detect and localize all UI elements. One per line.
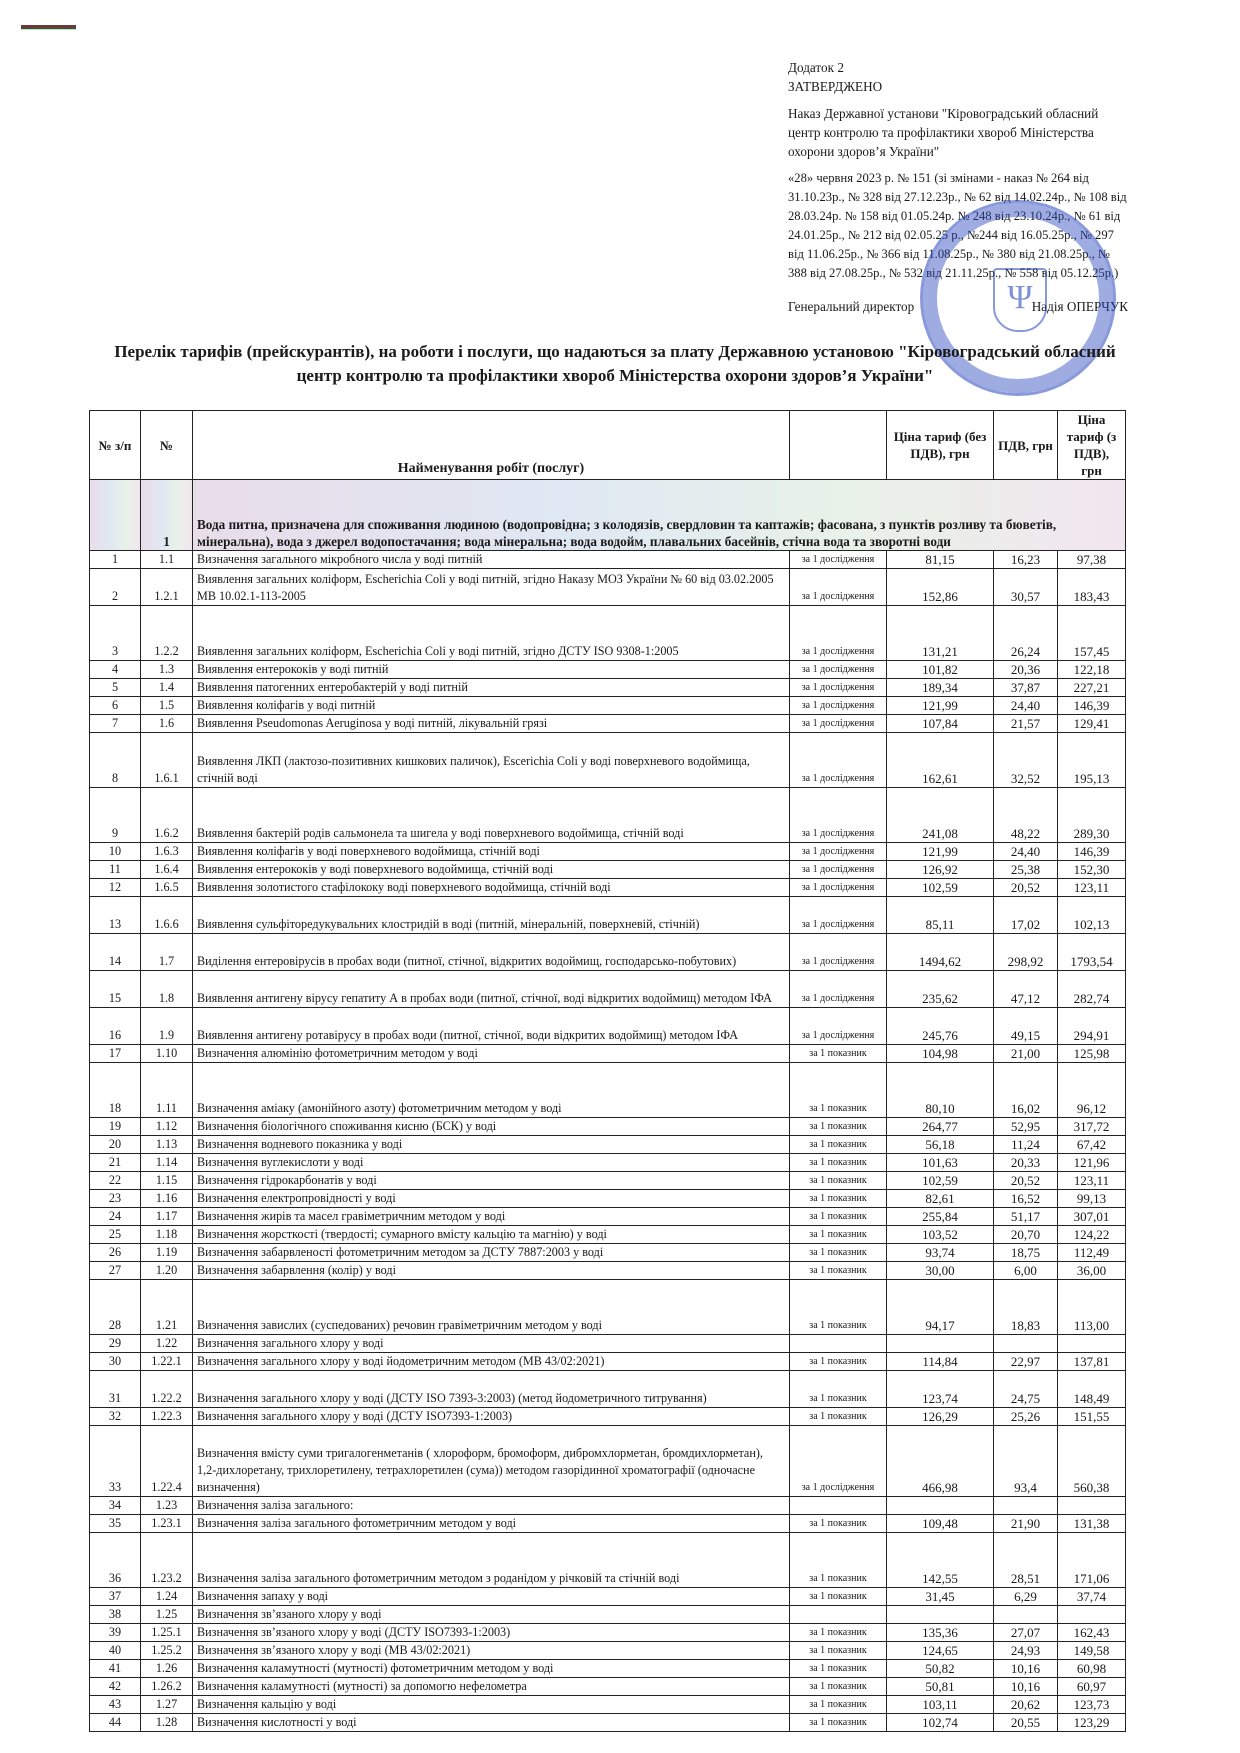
- row-seq: 29: [90, 1335, 141, 1353]
- row-price-no-vat: 102,74: [887, 1714, 994, 1732]
- row-unit: за 1 показник: [790, 1353, 887, 1371]
- table-row: 181.11Визначення аміаку (амонійного азот…: [90, 1063, 1126, 1118]
- table-row: 151.8Виявлення антигену вірусу гепатиту …: [90, 971, 1126, 1008]
- row-num: 1.15: [141, 1172, 193, 1190]
- row-seq: 40: [90, 1642, 141, 1660]
- row-price-vat: [1058, 1606, 1126, 1624]
- row-price-vat: 96,12: [1058, 1063, 1126, 1118]
- row-vat: 18,83: [994, 1280, 1058, 1335]
- header-price-vat: Ціна тариф (з ПДВ), грн: [1058, 411, 1126, 480]
- appendix-label: Додаток 2: [788, 58, 1128, 77]
- table-row: 31.2.2Виявлення загальних коліформ, Esch…: [90, 606, 1126, 661]
- table-row: 131.6.6Виявлення сульфіторедукувальних к…: [90, 897, 1126, 934]
- row-price-no-vat: 56,18: [887, 1136, 994, 1154]
- table-row: 91.6.2Виявлення бактерій родів сальмонел…: [90, 788, 1126, 843]
- row-seq: 24: [90, 1208, 141, 1226]
- row-name: Визначення біологічного споживання кисню…: [193, 1118, 790, 1136]
- row-unit: за 1 показник: [790, 1714, 887, 1732]
- row-price-no-vat: 131,21: [887, 606, 994, 661]
- header-num: №: [141, 411, 193, 480]
- row-price-no-vat: 121,99: [887, 697, 994, 715]
- header-vat: ПДВ, грн: [994, 411, 1058, 480]
- table-row: 421.26.2Визначення каламутності (мутност…: [90, 1678, 1126, 1696]
- row-price-vat: 148,49: [1058, 1371, 1126, 1408]
- row-unit: за 1 показник: [790, 1208, 887, 1226]
- row-price-vat: 125,98: [1058, 1045, 1126, 1063]
- row-name: Визначення загального хлору у воді йодом…: [193, 1353, 790, 1371]
- row-name: Виявлення загальних коліформ, Escherichi…: [193, 606, 790, 661]
- row-unit: за 1 показник: [790, 1624, 887, 1642]
- table-row: 351.23.1Визначення заліза загального фот…: [90, 1515, 1126, 1533]
- row-seq: 42: [90, 1678, 141, 1696]
- row-seq: 41: [90, 1660, 141, 1678]
- row-price-vat: 146,39: [1058, 697, 1126, 715]
- row-seq: 26: [90, 1244, 141, 1262]
- row-num: 1.10: [141, 1045, 193, 1063]
- row-price-no-vat: 82,61: [887, 1190, 994, 1208]
- row-price-no-vat: [887, 1497, 994, 1515]
- row-seq: 11: [90, 861, 141, 879]
- row-price-vat: 60,98: [1058, 1660, 1126, 1678]
- row-name: Визначення каламутності (мутності) за до…: [193, 1678, 790, 1696]
- row-name: Виявлення Pseudomonas Aeruginosa у воді …: [193, 715, 790, 733]
- row-price-no-vat: 93,74: [887, 1244, 994, 1262]
- row-seq: 21: [90, 1154, 141, 1172]
- row-price-vat: 183,43: [1058, 569, 1126, 606]
- row-price-vat: 131,38: [1058, 1515, 1126, 1533]
- table-row: 261.19Визначення забарвленості фотометри…: [90, 1244, 1126, 1262]
- row-price-vat: 1793,54: [1058, 934, 1126, 971]
- row-price-vat: 157,45: [1058, 606, 1126, 661]
- row-vat: 51,17: [994, 1208, 1058, 1226]
- row-price-no-vat: 124,65: [887, 1642, 994, 1660]
- row-num: 1.25: [141, 1606, 193, 1624]
- row-seq: 19: [90, 1118, 141, 1136]
- row-price-vat: 36,00: [1058, 1262, 1126, 1280]
- row-seq: 15: [90, 971, 141, 1008]
- row-price-vat: 123,29: [1058, 1714, 1126, 1732]
- table-row: 231.16Визначення електропровідності у во…: [90, 1190, 1126, 1208]
- row-seq: 30: [90, 1353, 141, 1371]
- row-vat: 16,52: [994, 1190, 1058, 1208]
- row-name: Визначення завислих (суспедованих) речов…: [193, 1280, 790, 1335]
- row-price-no-vat: 102,59: [887, 879, 994, 897]
- section-num: 1: [141, 480, 193, 551]
- row-price-vat: [1058, 1497, 1126, 1515]
- row-unit: за 1 показник: [790, 1190, 887, 1208]
- table-row: 371.24Визначення запаху у водіза 1 показ…: [90, 1588, 1126, 1606]
- row-seq: 32: [90, 1408, 141, 1426]
- row-price-vat: 317,72: [1058, 1118, 1126, 1136]
- table-row: 241.17Визначення жирів та масел гравімет…: [90, 1208, 1126, 1226]
- row-vat: 298,92: [994, 934, 1058, 971]
- row-vat: [994, 1335, 1058, 1353]
- row-unit: за 1 показник: [790, 1280, 887, 1335]
- row-unit: за 1 дослідження: [790, 715, 887, 733]
- row-name: Виділення ентеровірусів в пробах води (п…: [193, 934, 790, 971]
- row-num: 1.6.1: [141, 733, 193, 788]
- row-price-vat: 195,13: [1058, 733, 1126, 788]
- row-num: 1.22: [141, 1335, 193, 1353]
- row-unit: за 1 дослідження: [790, 879, 887, 897]
- row-vat: 30,57: [994, 569, 1058, 606]
- row-vat: 20,52: [994, 879, 1058, 897]
- row-price-vat: 171,06: [1058, 1533, 1126, 1588]
- row-seq: 8: [90, 733, 141, 788]
- row-price-no-vat: 109,48: [887, 1515, 994, 1533]
- row-num: 1.6.6: [141, 897, 193, 934]
- row-vat: [994, 1497, 1058, 1515]
- row-vat: 93,4: [994, 1426, 1058, 1497]
- row-name: Визначення загального хлору у воді (ДСТУ…: [193, 1408, 790, 1426]
- row-vat: 52,95: [994, 1118, 1058, 1136]
- row-price-no-vat: 189,34: [887, 679, 994, 697]
- row-unit: за 1 показник: [790, 1136, 887, 1154]
- row-price-no-vat: 103,52: [887, 1226, 994, 1244]
- row-price-vat: 151,55: [1058, 1408, 1126, 1426]
- row-vat: 11,24: [994, 1136, 1058, 1154]
- row-seq: 13: [90, 897, 141, 934]
- row-name: Визначення гідрокарбонатів у воді: [193, 1172, 790, 1190]
- row-unit: за 1 показник: [790, 1172, 887, 1190]
- row-price-vat: 121,96: [1058, 1154, 1126, 1172]
- row-num: 1.22.4: [141, 1426, 193, 1497]
- row-unit: за 1 дослідження: [790, 861, 887, 879]
- row-name: Визначення загального мікробного числа у…: [193, 551, 790, 569]
- row-price-vat: 37,74: [1058, 1588, 1126, 1606]
- row-price-no-vat: 264,77: [887, 1118, 994, 1136]
- row-unit: за 1 показник: [790, 1262, 887, 1280]
- row-price-no-vat: 1494,62: [887, 934, 994, 971]
- row-name: Виявлення ентерококів у воді питній: [193, 661, 790, 679]
- row-name: Визначення забарвленості фотометричним м…: [193, 1244, 790, 1262]
- row-price-no-vat: 101,82: [887, 661, 994, 679]
- row-num: 1.3: [141, 661, 193, 679]
- table-row: 21.2.1Виявлення загальних коліформ, Esch…: [90, 569, 1126, 606]
- table-row: 81.6.1Виявлення ЛКП (лактозо-позитивних …: [90, 733, 1126, 788]
- table-row: 321.22.3Визначення загального хлору у во…: [90, 1408, 1126, 1426]
- row-name: Визначення аміаку (амонійного азоту) фот…: [193, 1063, 790, 1118]
- row-seq: 23: [90, 1190, 141, 1208]
- row-vat: 25,26: [994, 1408, 1058, 1426]
- row-price-vat: 60,97: [1058, 1678, 1126, 1696]
- table-row: 311.22.2Визначення загального хлору у во…: [90, 1371, 1126, 1408]
- row-name: Визначення водневого показника у воді: [193, 1136, 790, 1154]
- row-vat: 37,87: [994, 679, 1058, 697]
- row-name: Визначення алюмінію фотометричним методо…: [193, 1045, 790, 1063]
- approval-block: Додаток 2 ЗАТВЕРДЖЕНО Наказ Державної ус…: [788, 58, 1128, 316]
- row-name: Визначення зв’язаного хлору у воді (ДСТУ…: [193, 1624, 790, 1642]
- row-price-no-vat: 50,82: [887, 1660, 994, 1678]
- row-seq: 25: [90, 1226, 141, 1244]
- row-price-no-vat: 85,11: [887, 897, 994, 934]
- row-price-no-vat: 107,84: [887, 715, 994, 733]
- row-vat: 21,57: [994, 715, 1058, 733]
- order-history: «28» червня 2023 р. № 151 (зі змінами - …: [788, 169, 1128, 283]
- row-unit: [790, 1497, 887, 1515]
- row-price-no-vat: 114,84: [887, 1353, 994, 1371]
- table-row: 201.13Визначення водневого показника у в…: [90, 1136, 1126, 1154]
- row-name: Визначення зв’язаного хлору у воді (МВ 4…: [193, 1642, 790, 1660]
- row-price-vat: 146,39: [1058, 843, 1126, 861]
- document-title: Перелік тарифів (прейскурантів), на робо…: [95, 340, 1135, 388]
- row-price-no-vat: 255,84: [887, 1208, 994, 1226]
- row-price-vat: 124,22: [1058, 1226, 1126, 1244]
- row-num: 1.6.3: [141, 843, 193, 861]
- row-price-no-vat: 126,29: [887, 1408, 994, 1426]
- row-name: Визначення заліза загального фотометричн…: [193, 1515, 790, 1533]
- tariff-table: № з/п № Найменування робіт (послуг) Ціна…: [89, 410, 1126, 1732]
- row-num: 1.11: [141, 1063, 193, 1118]
- row-unit: за 1 показник: [790, 1678, 887, 1696]
- row-seq: 2: [90, 569, 141, 606]
- row-vat: 25,38: [994, 861, 1058, 879]
- table-row: 161.9Виявлення антигену ротавірусу в про…: [90, 1008, 1126, 1045]
- row-seq: 31: [90, 1371, 141, 1408]
- row-name: Визначення вмісту суми тригалогенметанів…: [193, 1426, 790, 1497]
- row-num: 1.22.3: [141, 1408, 193, 1426]
- row-vat: 24,40: [994, 697, 1058, 715]
- row-name: Виявлення коліфагів у воді питній: [193, 697, 790, 715]
- table-row: 361.23.2Визначення заліза загального фот…: [90, 1533, 1126, 1588]
- row-vat: 21,00: [994, 1045, 1058, 1063]
- header-price-no-vat: Ціна тариф (без ПДВ), грн: [887, 411, 994, 480]
- signer-title: Генеральний директор: [788, 297, 914, 316]
- row-price-vat: 123,11: [1058, 879, 1126, 897]
- signer-name: Надія ОПЕРЧУК: [1032, 297, 1128, 316]
- row-price-vat: 152,30: [1058, 861, 1126, 879]
- row-unit: за 1 дослідження: [790, 569, 887, 606]
- row-price-vat: 149,58: [1058, 1642, 1126, 1660]
- row-price-no-vat: 94,17: [887, 1280, 994, 1335]
- row-name: Визначення електропровідності у воді: [193, 1190, 790, 1208]
- table-row: 301.22.1Визначення загального хлору у во…: [90, 1353, 1126, 1371]
- row-num: 1.9: [141, 1008, 193, 1045]
- table-row: 141.7Виділення ентеровірусів в пробах во…: [90, 934, 1126, 971]
- row-unit: за 1 дослідження: [790, 897, 887, 934]
- row-price-vat: 99,13: [1058, 1190, 1126, 1208]
- row-num: 1.5: [141, 697, 193, 715]
- row-unit: [790, 1606, 887, 1624]
- table-row: 381.25Визначення зв’язаного хлору у воді: [90, 1606, 1126, 1624]
- row-seq: 28: [90, 1280, 141, 1335]
- row-num: 1.2.2: [141, 606, 193, 661]
- row-unit: за 1 дослідження: [790, 1008, 887, 1045]
- row-price-no-vat: 123,74: [887, 1371, 994, 1408]
- row-vat: 20,33: [994, 1154, 1058, 1172]
- row-name: Виявлення ентерококів у воді поверхневог…: [193, 861, 790, 879]
- row-vat: 20,36: [994, 661, 1058, 679]
- row-name: Визначення каламутності (мутності) фотом…: [193, 1660, 790, 1678]
- table-row: 401.25.2Визначення зв’язаного хлору у во…: [90, 1642, 1126, 1660]
- row-num: 1.18: [141, 1226, 193, 1244]
- row-vat: 24,93: [994, 1642, 1058, 1660]
- table-row: 11.1Визначення загального мікробного чис…: [90, 551, 1126, 569]
- row-unit: за 1 дослідження: [790, 971, 887, 1008]
- row-vat: 10,16: [994, 1660, 1058, 1678]
- row-price-vat: 123,73: [1058, 1696, 1126, 1714]
- row-name: Виявлення антигену вірусу гепатиту А в п…: [193, 971, 790, 1008]
- row-price-no-vat: 80,10: [887, 1063, 994, 1118]
- row-price-vat: [1058, 1335, 1126, 1353]
- row-seq: 18: [90, 1063, 141, 1118]
- row-num: 1.23: [141, 1497, 193, 1515]
- table-row: 101.6.3Виявлення коліфагів у воді поверх…: [90, 843, 1126, 861]
- row-unit: за 1 показник: [790, 1045, 887, 1063]
- row-num: 1.26.2: [141, 1678, 193, 1696]
- row-seq: 3: [90, 606, 141, 661]
- row-vat: 10,16: [994, 1678, 1058, 1696]
- row-num: 1.4: [141, 679, 193, 697]
- order-of: Наказ Державної установи "Кіровоградськи…: [788, 104, 1128, 161]
- row-price-no-vat: 152,86: [887, 569, 994, 606]
- table-row: 171.10Визначення алюмінію фотометричним …: [90, 1045, 1126, 1063]
- row-seq: 10: [90, 843, 141, 861]
- row-vat: 6,29: [994, 1588, 1058, 1606]
- row-price-vat: 112,49: [1058, 1244, 1126, 1262]
- row-price-vat: 162,43: [1058, 1624, 1126, 1642]
- row-seq: 7: [90, 715, 141, 733]
- table-row: 391.25.1Визначення зв’язаного хлору у во…: [90, 1624, 1126, 1642]
- row-vat: 16,23: [994, 551, 1058, 569]
- row-price-no-vat: 235,62: [887, 971, 994, 1008]
- row-name: Визначення зв’язаного хлору у воді: [193, 1606, 790, 1624]
- row-price-vat: 97,38: [1058, 551, 1126, 569]
- row-seq: 35: [90, 1515, 141, 1533]
- row-vat: 20,55: [994, 1714, 1058, 1732]
- row-vat: 47,12: [994, 971, 1058, 1008]
- row-num: 1.16: [141, 1190, 193, 1208]
- row-seq: 34: [90, 1497, 141, 1515]
- row-price-vat: 122,18: [1058, 661, 1126, 679]
- row-vat: 21,90: [994, 1515, 1058, 1533]
- row-price-vat: 307,01: [1058, 1208, 1126, 1226]
- row-name: Виявлення бактерій родів сальмонела та ш…: [193, 788, 790, 843]
- row-vat: 27,07: [994, 1624, 1058, 1642]
- row-vat: 32,52: [994, 733, 1058, 788]
- row-unit: за 1 дослідження: [790, 788, 887, 843]
- row-vat: 22,97: [994, 1353, 1058, 1371]
- row-price-no-vat: 126,92: [887, 861, 994, 879]
- row-price-no-vat: 50,81: [887, 1678, 994, 1696]
- row-seq: 44: [90, 1714, 141, 1732]
- row-vat: 48,22: [994, 788, 1058, 843]
- row-price-vat: 289,30: [1058, 788, 1126, 843]
- row-name: Визначення заліза загального фотометричн…: [193, 1533, 790, 1588]
- row-name: Виявлення патогенних ентеробактерій у во…: [193, 679, 790, 697]
- approved-label: ЗАТВЕРДЖЕНО: [788, 77, 1128, 96]
- row-price-no-vat: 121,99: [887, 843, 994, 861]
- row-seq: 38: [90, 1606, 141, 1624]
- row-seq: 12: [90, 879, 141, 897]
- row-seq: 43: [90, 1696, 141, 1714]
- row-vat: 49,15: [994, 1008, 1058, 1045]
- row-price-no-vat: 245,76: [887, 1008, 994, 1045]
- table-row: 191.12Визначення біологічного споживання…: [90, 1118, 1126, 1136]
- row-unit: за 1 показник: [790, 1642, 887, 1660]
- row-vat: 20,62: [994, 1696, 1058, 1714]
- row-name: Визначення загального хлору у воді: [193, 1335, 790, 1353]
- row-unit: за 1 дослідження: [790, 551, 887, 569]
- table-row: 271.20Визначення забарвлення (колір) у в…: [90, 1262, 1126, 1280]
- row-vat: [994, 1606, 1058, 1624]
- row-unit: за 1 показник: [790, 1226, 887, 1244]
- row-name: Виявлення сульфіторедукувальних клострид…: [193, 897, 790, 934]
- section-row: 1 Вода питна, призначена для споживання …: [90, 480, 1126, 551]
- row-unit: за 1 показник: [790, 1154, 887, 1172]
- row-seq: 20: [90, 1136, 141, 1154]
- row-unit: за 1 показник: [790, 1588, 887, 1606]
- row-name: Визначення вуглекислоти у воді: [193, 1154, 790, 1172]
- row-name: Визначення загального хлору у воді (ДСТУ…: [193, 1371, 790, 1408]
- row-vat: 20,70: [994, 1226, 1058, 1244]
- row-seq: 33: [90, 1426, 141, 1497]
- row-price-vat: 282,74: [1058, 971, 1126, 1008]
- row-price-vat: 560,38: [1058, 1426, 1126, 1497]
- row-num: 1.21: [141, 1280, 193, 1335]
- row-vat: 16,02: [994, 1063, 1058, 1118]
- row-num: 1.6.4: [141, 861, 193, 879]
- row-unit: за 1 дослідження: [790, 697, 887, 715]
- row-price-vat: 227,21: [1058, 679, 1126, 697]
- table-header-row: № з/п № Найменування робіт (послуг) Ціна…: [90, 411, 1126, 480]
- row-price-no-vat: 135,36: [887, 1624, 994, 1642]
- row-unit: за 1 дослідження: [790, 661, 887, 679]
- row-num: 1.23.2: [141, 1533, 193, 1588]
- row-vat: 26,24: [994, 606, 1058, 661]
- table-row: 121.6.5Виявлення золотистого стафілококу…: [90, 879, 1126, 897]
- row-unit: за 1 показник: [790, 1408, 887, 1426]
- table-row: 41.3Виявлення ентерококів у воді питнійз…: [90, 661, 1126, 679]
- row-price-vat: 67,42: [1058, 1136, 1126, 1154]
- table-row: 61.5Виявлення коліфагів у воді питнійза …: [90, 697, 1126, 715]
- table-row: 431.27Визначення кальцію у водіза 1 пока…: [90, 1696, 1126, 1714]
- row-seq: 5: [90, 679, 141, 697]
- row-vat: 17,02: [994, 897, 1058, 934]
- row-unit: за 1 показник: [790, 1244, 887, 1262]
- row-price-no-vat: 103,11: [887, 1696, 994, 1714]
- row-unit: за 1 дослідження: [790, 1426, 887, 1497]
- row-price-no-vat: 466,98: [887, 1426, 994, 1497]
- row-seq: 6: [90, 697, 141, 715]
- row-unit: за 1 показник: [790, 1118, 887, 1136]
- row-unit: [790, 1335, 887, 1353]
- row-num: 1.22.2: [141, 1371, 193, 1408]
- section-name: Вода питна, призначена для споживання лю…: [193, 480, 1126, 551]
- row-num: 1.26: [141, 1660, 193, 1678]
- row-name: Визначення жирів та масел гравіметричним…: [193, 1208, 790, 1226]
- row-seq: 37: [90, 1588, 141, 1606]
- row-unit: за 1 показник: [790, 1371, 887, 1408]
- row-seq: 16: [90, 1008, 141, 1045]
- row-price-no-vat: 241,08: [887, 788, 994, 843]
- row-num: 1.17: [141, 1208, 193, 1226]
- row-vat: 28,51: [994, 1533, 1058, 1588]
- row-price-vat: 123,11: [1058, 1172, 1126, 1190]
- row-num: 1.2.1: [141, 569, 193, 606]
- row-price-no-vat: 30,00: [887, 1262, 994, 1280]
- row-num: 1.25.2: [141, 1642, 193, 1660]
- row-num: 1.6: [141, 715, 193, 733]
- row-price-vat: 137,81: [1058, 1353, 1126, 1371]
- row-unit: за 1 показник: [790, 1533, 887, 1588]
- row-seq: 4: [90, 661, 141, 679]
- header-seq: № з/п: [90, 411, 141, 480]
- row-name: Виявлення антигену ротавірусу в пробах в…: [193, 1008, 790, 1045]
- scan-artifact: [21, 25, 76, 30]
- row-price-no-vat: 31,45: [887, 1588, 994, 1606]
- table-row: 221.15Визначення гідрокарбонатів у водіз…: [90, 1172, 1126, 1190]
